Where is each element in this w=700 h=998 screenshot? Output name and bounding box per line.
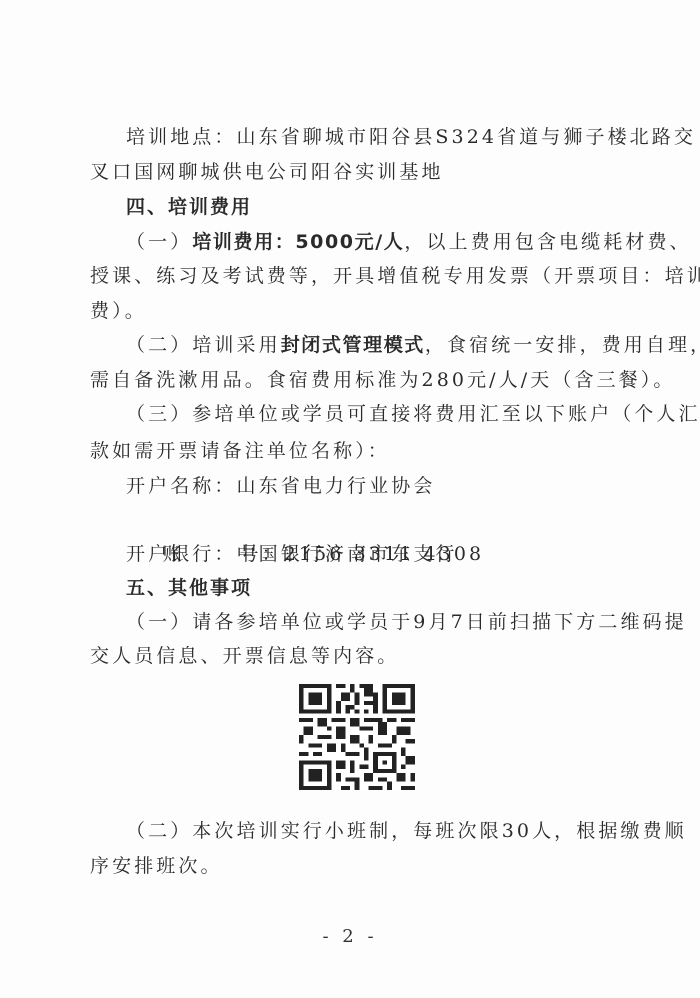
fee-item-1-line-2: 授课、练习及考试费等，开具增值税专用发票（开票项目：培训 — [90, 259, 622, 293]
fee-item-1-prefix: （一） — [126, 231, 192, 253]
account-name-label: 开户名称： — [126, 475, 237, 497]
fee-item-1-rest: ，以上费用包含电缆耗材费、 — [404, 231, 691, 253]
fee-item-2-line-1: （二）培训采用封闭式管理模式，食宿统一安排，费用自理， — [126, 328, 622, 362]
fee-item-1-line-3: 费）。 — [90, 294, 622, 328]
fee-item-2-prefix: （二）培训采用 — [126, 334, 281, 356]
other-item-1-line-1: （一）请各参培单位或学员于9月7日前扫描下方二维码提 — [126, 605, 622, 639]
account-bank-row: 开户银行：中国银行济南市东支行 — [126, 537, 622, 571]
account-name-value: 山东省电力行业协会 — [237, 475, 436, 497]
fee-item-3-line-1: （三）参培单位或学员可直接将费用汇至以下账户（个人汇 — [126, 397, 622, 431]
other-item-1-line-2: 交人员信息、开票信息等内容。 — [90, 639, 622, 673]
fee-item-3-line-2: 款如需开票请备注单位名称）： — [90, 434, 622, 468]
account-number-row: 账 号：2156 3311 4308 — [126, 503, 622, 537]
location-line-1: 培训地点：山东省聊城市阳谷县S324省道与狮子楼北路交 — [126, 120, 622, 154]
qr-code-icon[interactable] — [299, 684, 415, 790]
fee-item-2-line-2: 需自备洗漱用品。食宿费用标准为280元/人/天（含三餐）。 — [90, 363, 622, 397]
fee-item-2-rest: ，食宿统一安排，费用自理， — [425, 334, 700, 356]
location-line-2: 叉口国网聊城供电公司阳谷实训基地 — [90, 155, 622, 189]
account-bank-label: 开户银行： — [126, 543, 237, 565]
section-4-heading: 四、培训费用 — [126, 190, 622, 224]
other-item-2-line-1: （二）本次培训实行小班制，每班次限30人，根据缴费顺 — [126, 814, 622, 848]
document-page: 培训地点：山东省聊城市阳谷县S324省道与狮子楼北路交 叉口国网聊城供电公司阳谷… — [0, 0, 700, 998]
section-5-heading: 五、其他事项 — [126, 571, 622, 605]
fee-item-1-line-1: （一）培训费用：5000元/人，以上费用包含电缆耗材费、 — [126, 225, 622, 259]
fee-amount: 培训费用：5000元/人 — [192, 231, 404, 253]
account-name-row: 开户名称：山东省电力行业协会 — [126, 469, 622, 503]
page-number: - 2 - — [0, 926, 700, 947]
management-mode: 封闭式管理模式 — [281, 334, 425, 356]
other-item-2-line-2: 序安排班次。 — [90, 849, 622, 883]
account-bank-value: 中国银行济南市东支行 — [237, 543, 458, 565]
